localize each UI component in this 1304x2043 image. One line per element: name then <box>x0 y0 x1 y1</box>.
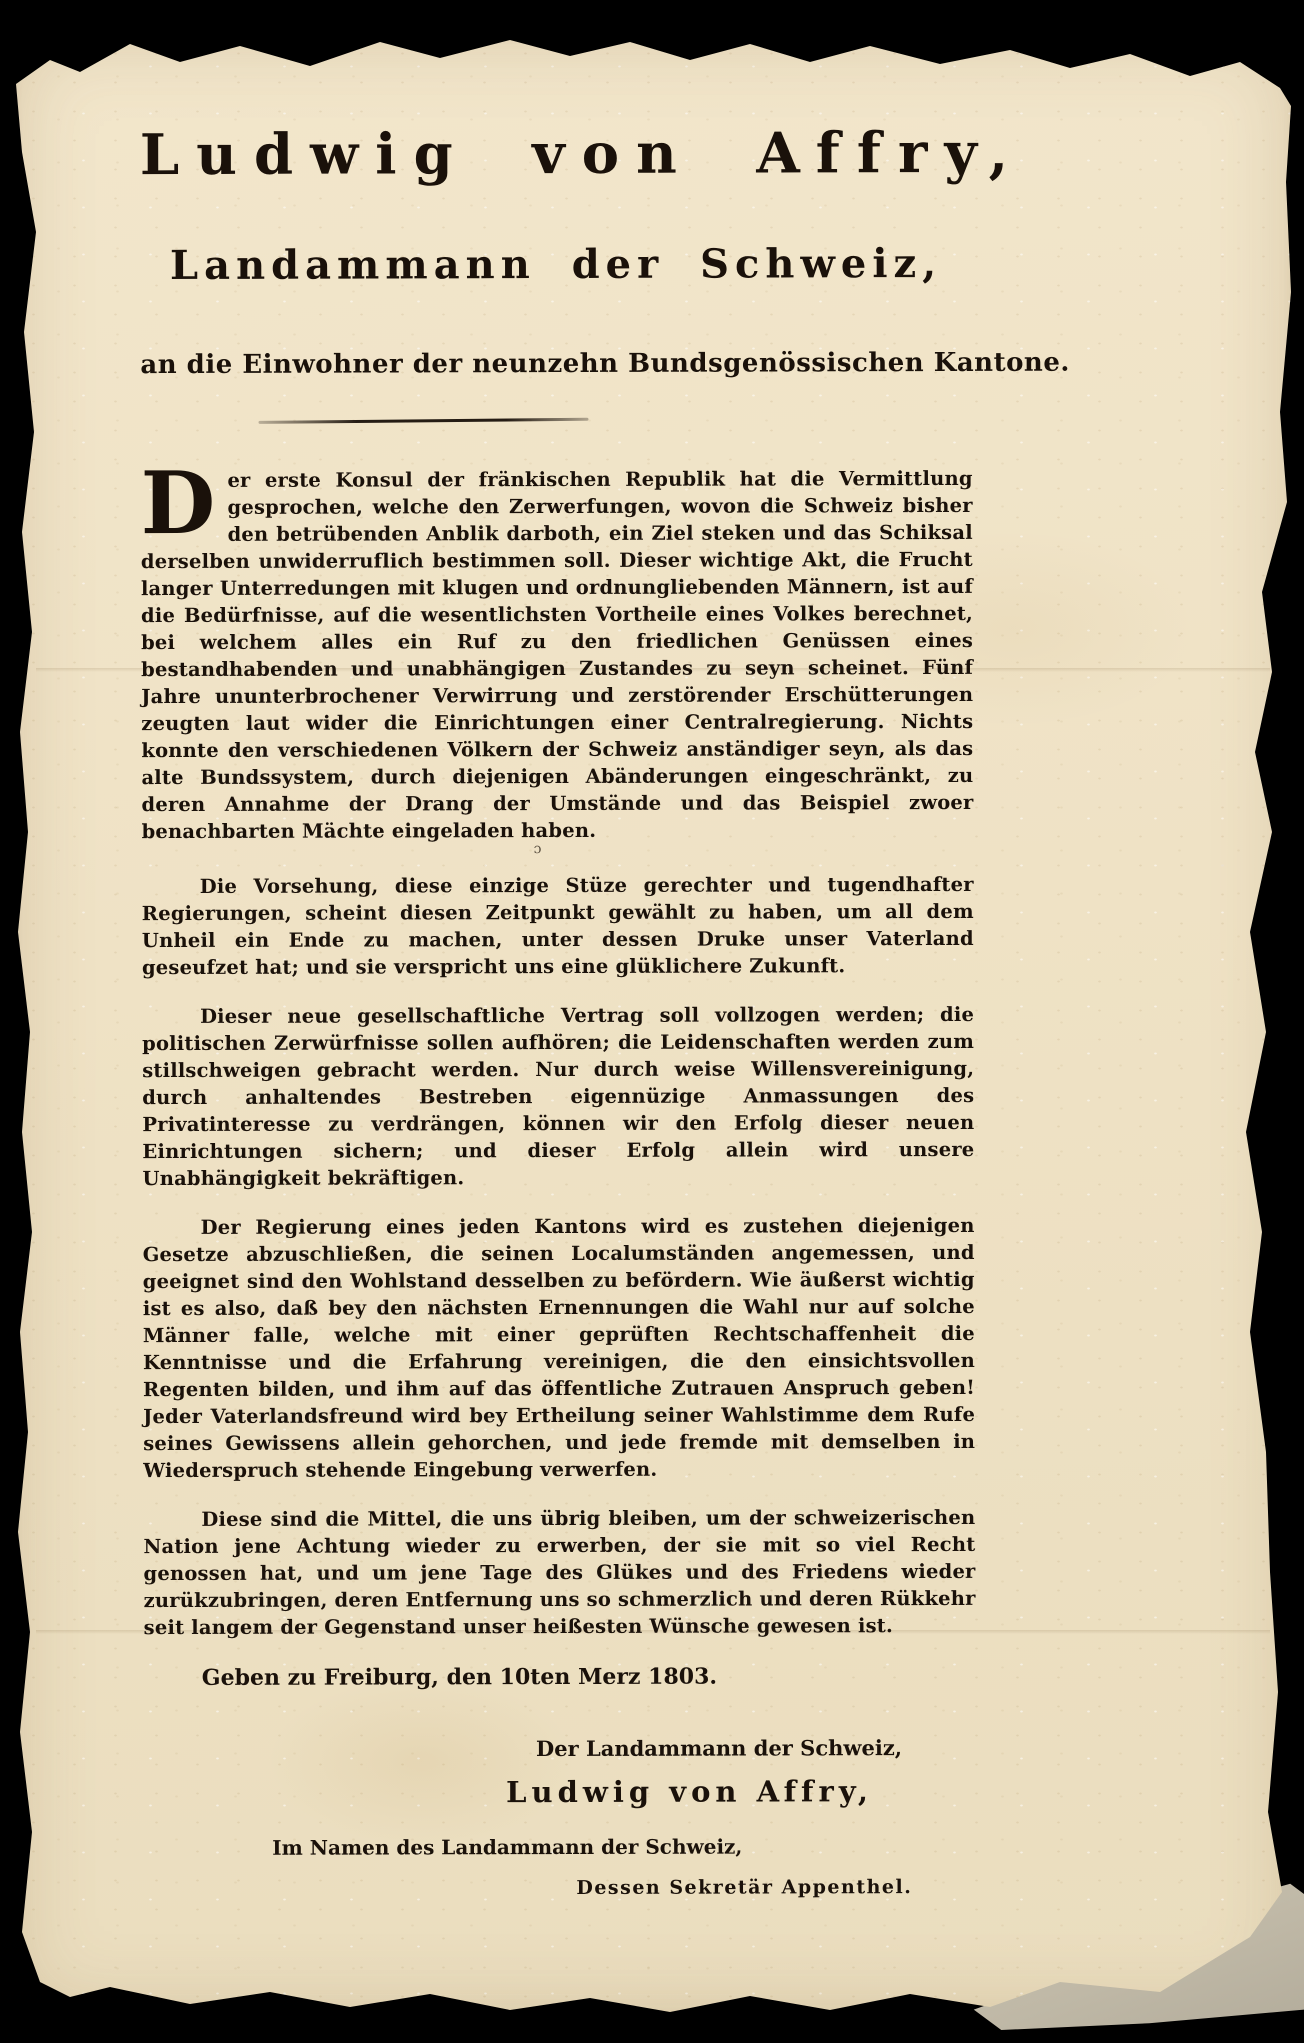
signature-on-behalf: Im Namen des Landammann der Schweiz, <box>272 1834 976 1860</box>
paragraph: Der Regierung eines jeden Kantons wird e… <box>143 1212 976 1484</box>
document-subtitle: Landammann der Schweiz, <box>140 238 972 292</box>
signature-block: Der Landammann der Schweiz, Ludwig von A… <box>144 1735 976 1900</box>
signature-role: Der Landammann der Schweiz, <box>536 1735 976 1761</box>
paragraph: Dieser neue gesellschaftliche Vertrag so… <box>142 1001 974 1192</box>
drop-cap-initial: D <box>141 467 228 537</box>
scan-background: Ludwig von Affry, Landammann der Schweiz… <box>0 0 1304 2043</box>
document-title: Ludwig von Affry, <box>140 117 972 192</box>
paragraph: Diese sind die Mittel, die uns übrig ble… <box>143 1504 975 1641</box>
signature-secretary: Dessen Sekretär Appenthel. <box>576 1876 976 1899</box>
dateline: Geben zu Freiburg, den 10ten Merz 1803. <box>202 1663 976 1691</box>
signature-name: Ludwig von Affry, <box>506 1774 976 1809</box>
salutation-line: an die Einwohner der neunzehn Bundsgenös… <box>140 348 972 380</box>
proclamation-document: Ludwig von Affry, Landammann der Schweiz… <box>140 89 977 1900</box>
paper-sheet: Ludwig von Affry, Landammann der Schweiz… <box>10 32 1296 2020</box>
paragraph: Die Vorsehung, diese einzige Stüze gerec… <box>142 871 974 981</box>
paragraph-opening: Der erste Konsul der fränkischen Republi… <box>141 465 974 845</box>
divider-rule <box>258 418 588 424</box>
printers-mark: ɔ <box>534 841 974 856</box>
paragraph-opening-text: er erste Konsul der fränkischen Republik… <box>141 467 974 843</box>
